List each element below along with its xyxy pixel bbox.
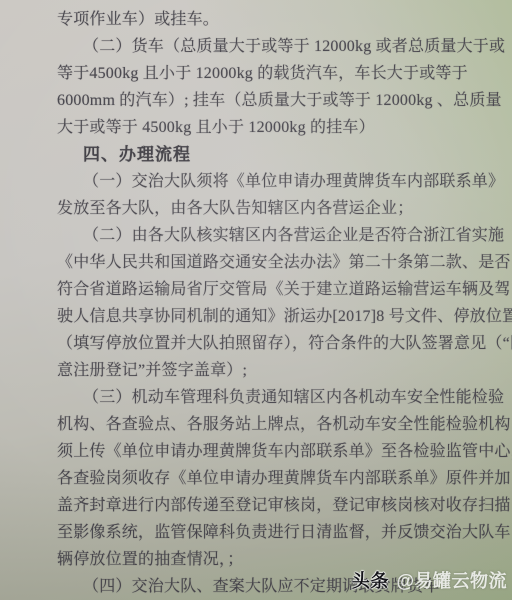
document-line: 等于4500kg 且小于 12000kg 的载货汽车，车长大于或等于 bbox=[57, 60, 512, 87]
document-line: （二）货车（总质量大于或等于 12000kg 或者总质量大于或 bbox=[57, 33, 512, 60]
document-line: （二）由各大队核实辖区内各营运企业是否符合浙江省实施 bbox=[57, 222, 512, 249]
document-line: 符合省道路运输局省厅交管局《关于建立道路运输营运车辆及驾 bbox=[57, 276, 512, 303]
document-line: 至影像系统，监管保障科负责进行日清监督，并反馈交治大队车 bbox=[57, 519, 512, 546]
section-heading: 四、办理流程 bbox=[57, 141, 512, 168]
document-line: 发放至各大队，由各大队告知辖区内各营运企业； bbox=[57, 195, 512, 222]
document-line: 盖齐封章进行内部传递至登记审核岗，登记审核岗核对收存扫描 bbox=[57, 492, 512, 519]
document-text: 专项作业车）或挂车。 （二）货车（总质量大于或等于 12000kg 或者总质量大… bbox=[57, 6, 512, 600]
document-photo: 专项作业车）或挂车。 （二）货车（总质量大于或等于 12000kg 或者总质量大… bbox=[0, 0, 512, 600]
document-line: 须上传《单位申请办理黄牌货车内部联系单》至各检验监管中心， bbox=[57, 438, 512, 465]
document-line: 驶人信息共享协同机制的通知》浙运办[2017]8 号文件、停放位置 bbox=[57, 303, 512, 330]
document-line: 各查验岗须收存《单位申请办理黄牌货车内部联系单》原件并加 bbox=[57, 465, 512, 492]
document-line: 专项作业车）或挂车。 bbox=[57, 6, 512, 33]
toutiao-logo: 头条 bbox=[352, 571, 389, 591]
toutiao-watermark: 头条 @易罐云物流 bbox=[352, 567, 507, 593]
watermark-handle: @易罐云物流 bbox=[396, 571, 507, 591]
document-line: 机构、各查验点、各服务站上牌点，各机动车安全性能检验机构 bbox=[57, 411, 512, 438]
document-line: （三）机动车管理科负责通知辖区内各机动车安全性能检验 bbox=[57, 384, 512, 411]
document-line: 《中华人民共和国道路交通安全法办法》第二十条第二款、是否 bbox=[57, 249, 512, 276]
document-line: （一）交治大队须将《单位申请办理黄牌货车内部联系单》 bbox=[57, 168, 512, 195]
document-line: 6000mm 的汽车）; 挂车（总质量大于或等于 12000kg 、总质量 bbox=[57, 87, 512, 114]
document-line: （填写停放位置并大队拍照留存），符合条件的大队签署意见（“同 bbox=[57, 330, 512, 357]
document-line: 意注册登记”并签字盖章）; bbox=[57, 357, 512, 384]
document-line: 大于或等于 4500kg 且小于 12000kg 的挂车） bbox=[57, 114, 512, 141]
